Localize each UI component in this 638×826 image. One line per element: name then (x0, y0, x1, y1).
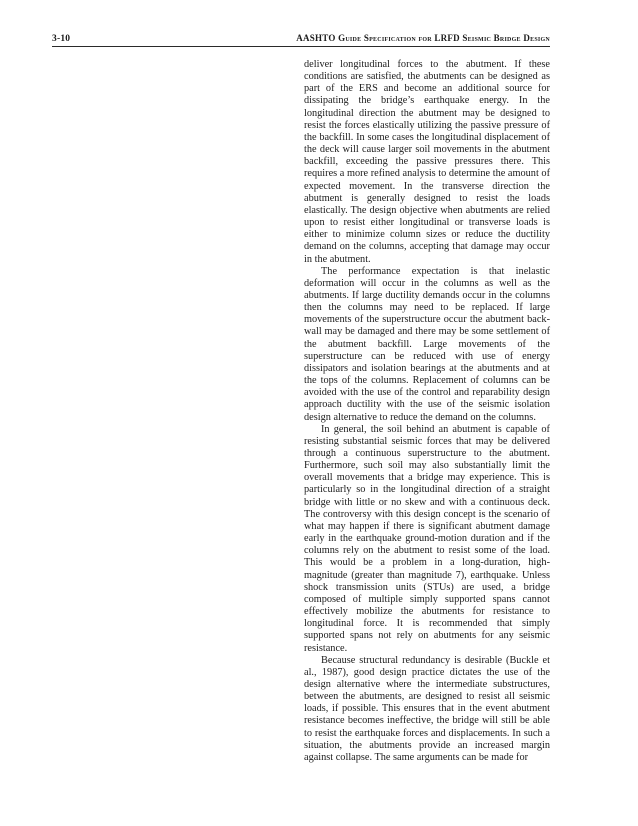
document-page: 3-10 AASHTO Guide Specification for LRFD… (0, 0, 638, 826)
paragraph: deliver longitudinal forces to the abutm… (304, 59, 550, 266)
paragraph: The performance expectation is that inel… (304, 266, 550, 424)
paragraph: In general, the soil behind an abutment … (304, 424, 550, 655)
page-header: 3-10 AASHTO Guide Specification for LRFD… (52, 33, 550, 47)
header-title: AASHTO Guide Specification for LRFD Seis… (296, 33, 550, 43)
page-number: 3-10 (52, 34, 70, 44)
paragraph: Because structural redundancy is desirab… (304, 655, 550, 764)
body-text-column: deliver longitudinal forces to the abutm… (304, 59, 550, 764)
